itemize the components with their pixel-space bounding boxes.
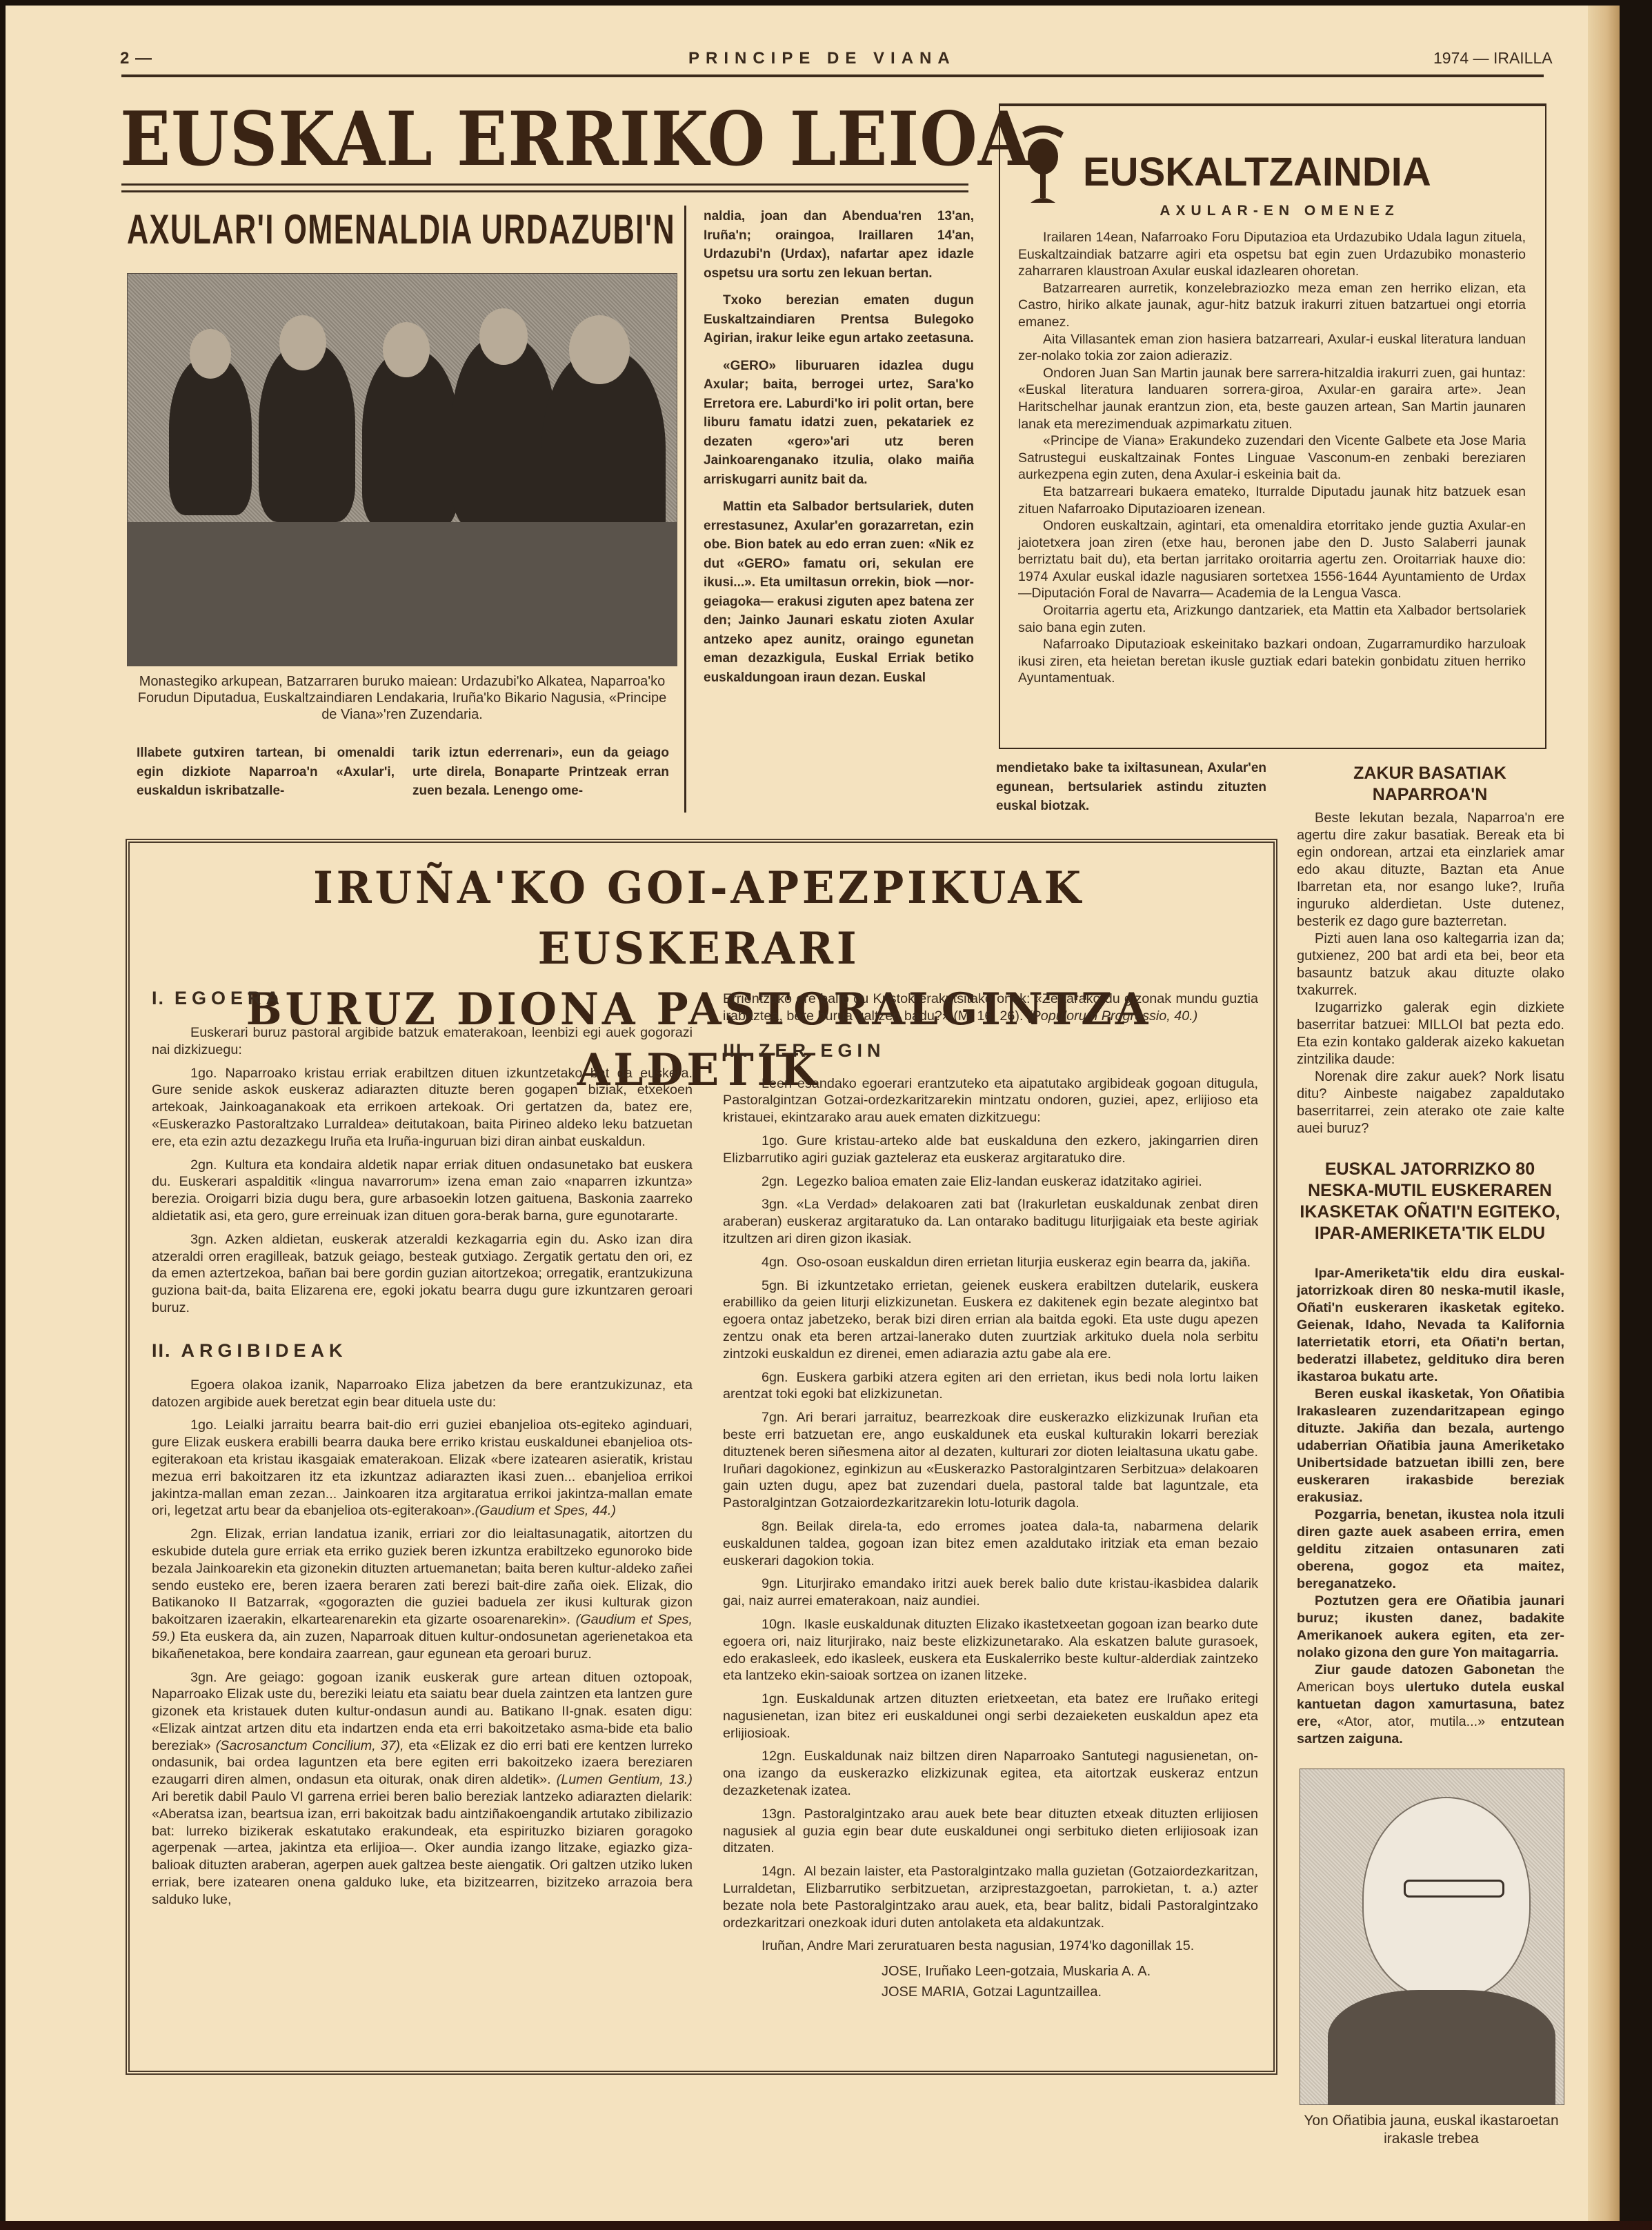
onati-paragraph: Ipar-Ameriketa'tik eldu dira euskal-jato… xyxy=(1297,1265,1564,1386)
section-intro: Euskerari buruz pastoral argibide batzuk… xyxy=(152,1024,693,1059)
zakur-text: Beste lekutan bezala, Naparroa'n ere age… xyxy=(1297,810,1564,1137)
section-zer-egin-body: Leen esandako egoerari erantzuteko eta a… xyxy=(723,1075,1258,1955)
onatibia-portrait-photo xyxy=(1300,1769,1564,2105)
onati-paragraph: Poztutzen gera ere Oñatibia jaunari buru… xyxy=(1297,1593,1564,1662)
euskaltzaindia-text: Irailaren 14ean, Nafarroako Foru Diputaz… xyxy=(1018,229,1526,687)
euskaltzaindia-paragraph: Ondoren Juan San Martin jaunak bere sarr… xyxy=(1018,365,1526,432)
numbered-item: 3gn.Azken aldietan, euskerak atzeraldi k… xyxy=(152,1231,693,1317)
masthead-title: EUSKAL ERRIKO LEIOA xyxy=(120,95,1030,183)
page-edge xyxy=(1588,6,1620,2221)
euskaltzaindia-title: EUSKALTZAINDIA xyxy=(1083,149,1431,195)
numbered-item: 3gn.Are geiago: gogoan izanik euskerak g… xyxy=(152,1669,693,1909)
euskaltzaindia-paragraph: Aita Villasantek eman zion hasiera batza… xyxy=(1018,331,1526,365)
zakur-paragraph: Beste lekutan bezala, Naparroa'n ere age… xyxy=(1297,810,1564,930)
issue-date: 1974 — IRAILLA xyxy=(1433,49,1553,68)
numbered-item: 6gn.Euskera garbiki atzera egiten ari de… xyxy=(723,1369,1258,1404)
axular-paragraph: «GERO» liburuaren idazlea dugu Axular; b… xyxy=(704,357,974,490)
section-heading-argibideak: II.ARGIBIDEAK xyxy=(152,1340,693,1362)
page-number: 2 — xyxy=(120,49,152,68)
numbered-item: 2gn.Elizak, errian landatua izanik, erri… xyxy=(152,1526,693,1662)
pastoral-left-column: I.EGOERA Euskerari buruz pastoral argibi… xyxy=(152,988,693,1915)
zakur-paragraph: Norenak dire zakur auek? Nork lisatu dit… xyxy=(1297,1068,1564,1137)
numbered-item: 14gn.Al bezain laister, eta Pastoralgint… xyxy=(723,1863,1258,1931)
onati-paragraph: Pozgarria, benetan, ikustea nola itzuli … xyxy=(1297,1506,1564,1593)
signature-archbishop: JOSE, Iruñako Leen-gotzaia, Muskaria A. … xyxy=(882,1961,1258,1982)
numbered-item: 12gn.Euskaldunak naiz biltzen diren Napa… xyxy=(723,1748,1258,1799)
pastoral-right-column: Errientzako ere balio du Kristok erakuts… xyxy=(723,990,1258,2002)
euskaltzaindia-paragraph: Eta batzarreari bukaera emateko, Iturral… xyxy=(1018,484,1526,517)
onatibia-photo-caption: Yon Oñatibia jauna, euskal ikastaroetan … xyxy=(1297,2112,1566,2148)
section-argibideak-body: Egoera olakoa izanik, Naparroako Eliza j… xyxy=(152,1377,693,1909)
numbered-item: 2gn.Kultura eta kondaira aldetik napar e… xyxy=(152,1157,693,1225)
euskaltzaindia-paragraph: «Principe de Viana» Erakundeko zuzendari… xyxy=(1018,432,1526,484)
euskaltzaindia-paragraph: Batzarrearen aurretik, konzelebraziozko … xyxy=(1018,280,1526,331)
euskaltzaindia-box: EUSKALTZAINDIA AXULAR-EN OMENEZ Irailare… xyxy=(999,103,1546,749)
column-divider xyxy=(684,206,686,813)
bottom-edge xyxy=(0,2221,1652,2230)
masthead-rule-1 xyxy=(121,183,968,186)
argibideak-continuation: Errientzako ere balio du Kristok erakuts… xyxy=(723,990,1258,1025)
numbered-item: 9gn.Liturjirako emandako iritzi auek ber… xyxy=(723,1575,1258,1610)
section-egoera-body: Euskerari buruz pastoral argibide batzuk… xyxy=(152,1024,693,1317)
pastoral-headline-line-1: IRUÑA'KO GOI-APEZPIKUAK EUSKERARI xyxy=(159,858,1239,979)
axular-paragraph: Txoko berezian ematen dugun Euskaltzaind… xyxy=(704,291,974,348)
euskaltzaindia-subtitle: AXULAR-EN OMENEZ xyxy=(1083,203,1476,219)
numbered-item: 1go.Gure kristau-arteko alde bat euskald… xyxy=(723,1133,1258,1167)
numbered-item: 1go.Leialki jarraitu bearra bait-dio err… xyxy=(152,1417,693,1520)
section-intro: Leen esandako egoerari erantzuteko eta a… xyxy=(723,1075,1258,1126)
numbered-item: 10gn.Ikasle euskaldunak dituzten Elizako… xyxy=(723,1616,1258,1684)
onati-text: Ipar-Ameriketa'tik eldu dira euskal-jato… xyxy=(1297,1265,1564,1748)
onati-paragraph: Beren euskal ikasketak, Yon Oñatibia Ira… xyxy=(1297,1386,1564,1506)
axular-photo-caption: Monastegiko arkupean, Batzarraren buruko… xyxy=(137,673,668,723)
numbered-item: 3gn.«La Verdad» delakoaren zati bat (Ira… xyxy=(723,1196,1258,1247)
euskaltzaindia-paragraph: Irailaren 14ean, Nafarroako Foru Diputaz… xyxy=(1018,229,1526,280)
masthead-rule-2 xyxy=(121,190,968,192)
axular-meeting-photo xyxy=(127,273,677,666)
numbered-item: 2gn.Legezko balioa ematen zaie Eliz-land… xyxy=(723,1173,1258,1191)
axular-col-1-text: Illabete gutxiren tartean, bi omenaldi e… xyxy=(137,744,395,801)
numbered-item: 1go.Naparroako kristau erriak erabiltzen… xyxy=(152,1065,693,1151)
euskaltzaindia-paragraph: Ondoren euskaltzain, agintari, eta omena… xyxy=(1018,517,1526,602)
zakur-paragraph: Izugarrizko galerak egin dizkiete baserr… xyxy=(1297,999,1564,1068)
axular-col-4: mendietako bake ta ixiltasunean, Axular'… xyxy=(996,759,1266,824)
onati-paragraph: Ziur gaude datozen Gabonetan the America… xyxy=(1297,1662,1564,1748)
numbered-item: 13gn.Pastoralgintzako arau auek bete bea… xyxy=(723,1806,1258,1857)
numbered-item: 8gn.Beilak direla-ta, edo erromes joatea… xyxy=(723,1518,1258,1569)
numbered-item: 4gn.Oso-osoan euskaldun diren errietan l… xyxy=(723,1254,1258,1271)
zakur-paragraph: Pizti auen lana oso kaltegarria izan da;… xyxy=(1297,930,1564,999)
section-heading-egoera: I.EGOERA xyxy=(152,988,693,1009)
axular-paragraph: naldia, joan dan Abendua'ren 13'an, Iruñ… xyxy=(704,207,974,283)
axular-col-4-text: mendietako bake ta ixiltasunean, Axular'… xyxy=(996,759,1266,816)
signatures: JOSE, Iruñako Leen-gotzaia, Muskaria A. … xyxy=(882,1961,1258,2002)
zakur-headline: ZAKUR BASATIAK NAPARROA'N xyxy=(1297,763,1563,806)
axular-col-2: tarik iztun ederrenari», eun da geiago u… xyxy=(412,744,669,809)
onati-headline: EUSKAL JATORRIZKO 80 NESKA-MUTIL EUSKERA… xyxy=(1295,1159,1564,1244)
publication-name: PRINCIPE DE VIANA xyxy=(688,49,956,68)
closing-line: Iruñan, Andre Mari zeruratuaren besta na… xyxy=(723,1938,1258,1955)
axular-col-2-text: tarik iztun ederrenari», eun da geiago u… xyxy=(412,744,669,801)
numbered-item: 1gn.Euskaldunak artzen dituzten erietxee… xyxy=(723,1691,1258,1742)
axular-paragraph: Mattin eta Salbador bertsulariek, duten … xyxy=(704,497,974,687)
euskaltzaindia-tree-logo-icon xyxy=(1015,119,1071,208)
axular-headline: AXULAR'I OMENALDIA URDAZUBI'N xyxy=(127,206,675,253)
axular-col-3: naldia, joan dan Abendua'ren 13'an, Iruñ… xyxy=(704,207,974,695)
euskaltzaindia-paragraph: Oroitarria agertu eta, Arizkungo dantzar… xyxy=(1018,602,1526,636)
header-rule xyxy=(121,74,1544,77)
section-intro: Egoera olakoa izanik, Naparroako Eliza j… xyxy=(152,1377,693,1411)
euskaltzaindia-paragraph: Nafarroako Diputazioak eskeinitako bazka… xyxy=(1018,636,1526,687)
section-heading-zer-egin: III.ZER EGIN xyxy=(723,1040,1258,1062)
axular-col-1: Illabete gutxiren tartean, bi omenaldi e… xyxy=(137,744,395,809)
numbered-item: 7gn.Ari berari jarraituz, bearrezkoak di… xyxy=(723,1409,1258,1512)
newspaper-page: 2 — PRINCIPE DE VIANA 1974 — IRAILLA EUS… xyxy=(6,6,1620,2221)
numbered-item: 5gn.Bi izkuntzetako errietan, geienek eu… xyxy=(723,1277,1258,1363)
signature-auxiliary-bishop: JOSE MARIA, Gotzai Laguntzaillea. xyxy=(882,1982,1258,2002)
